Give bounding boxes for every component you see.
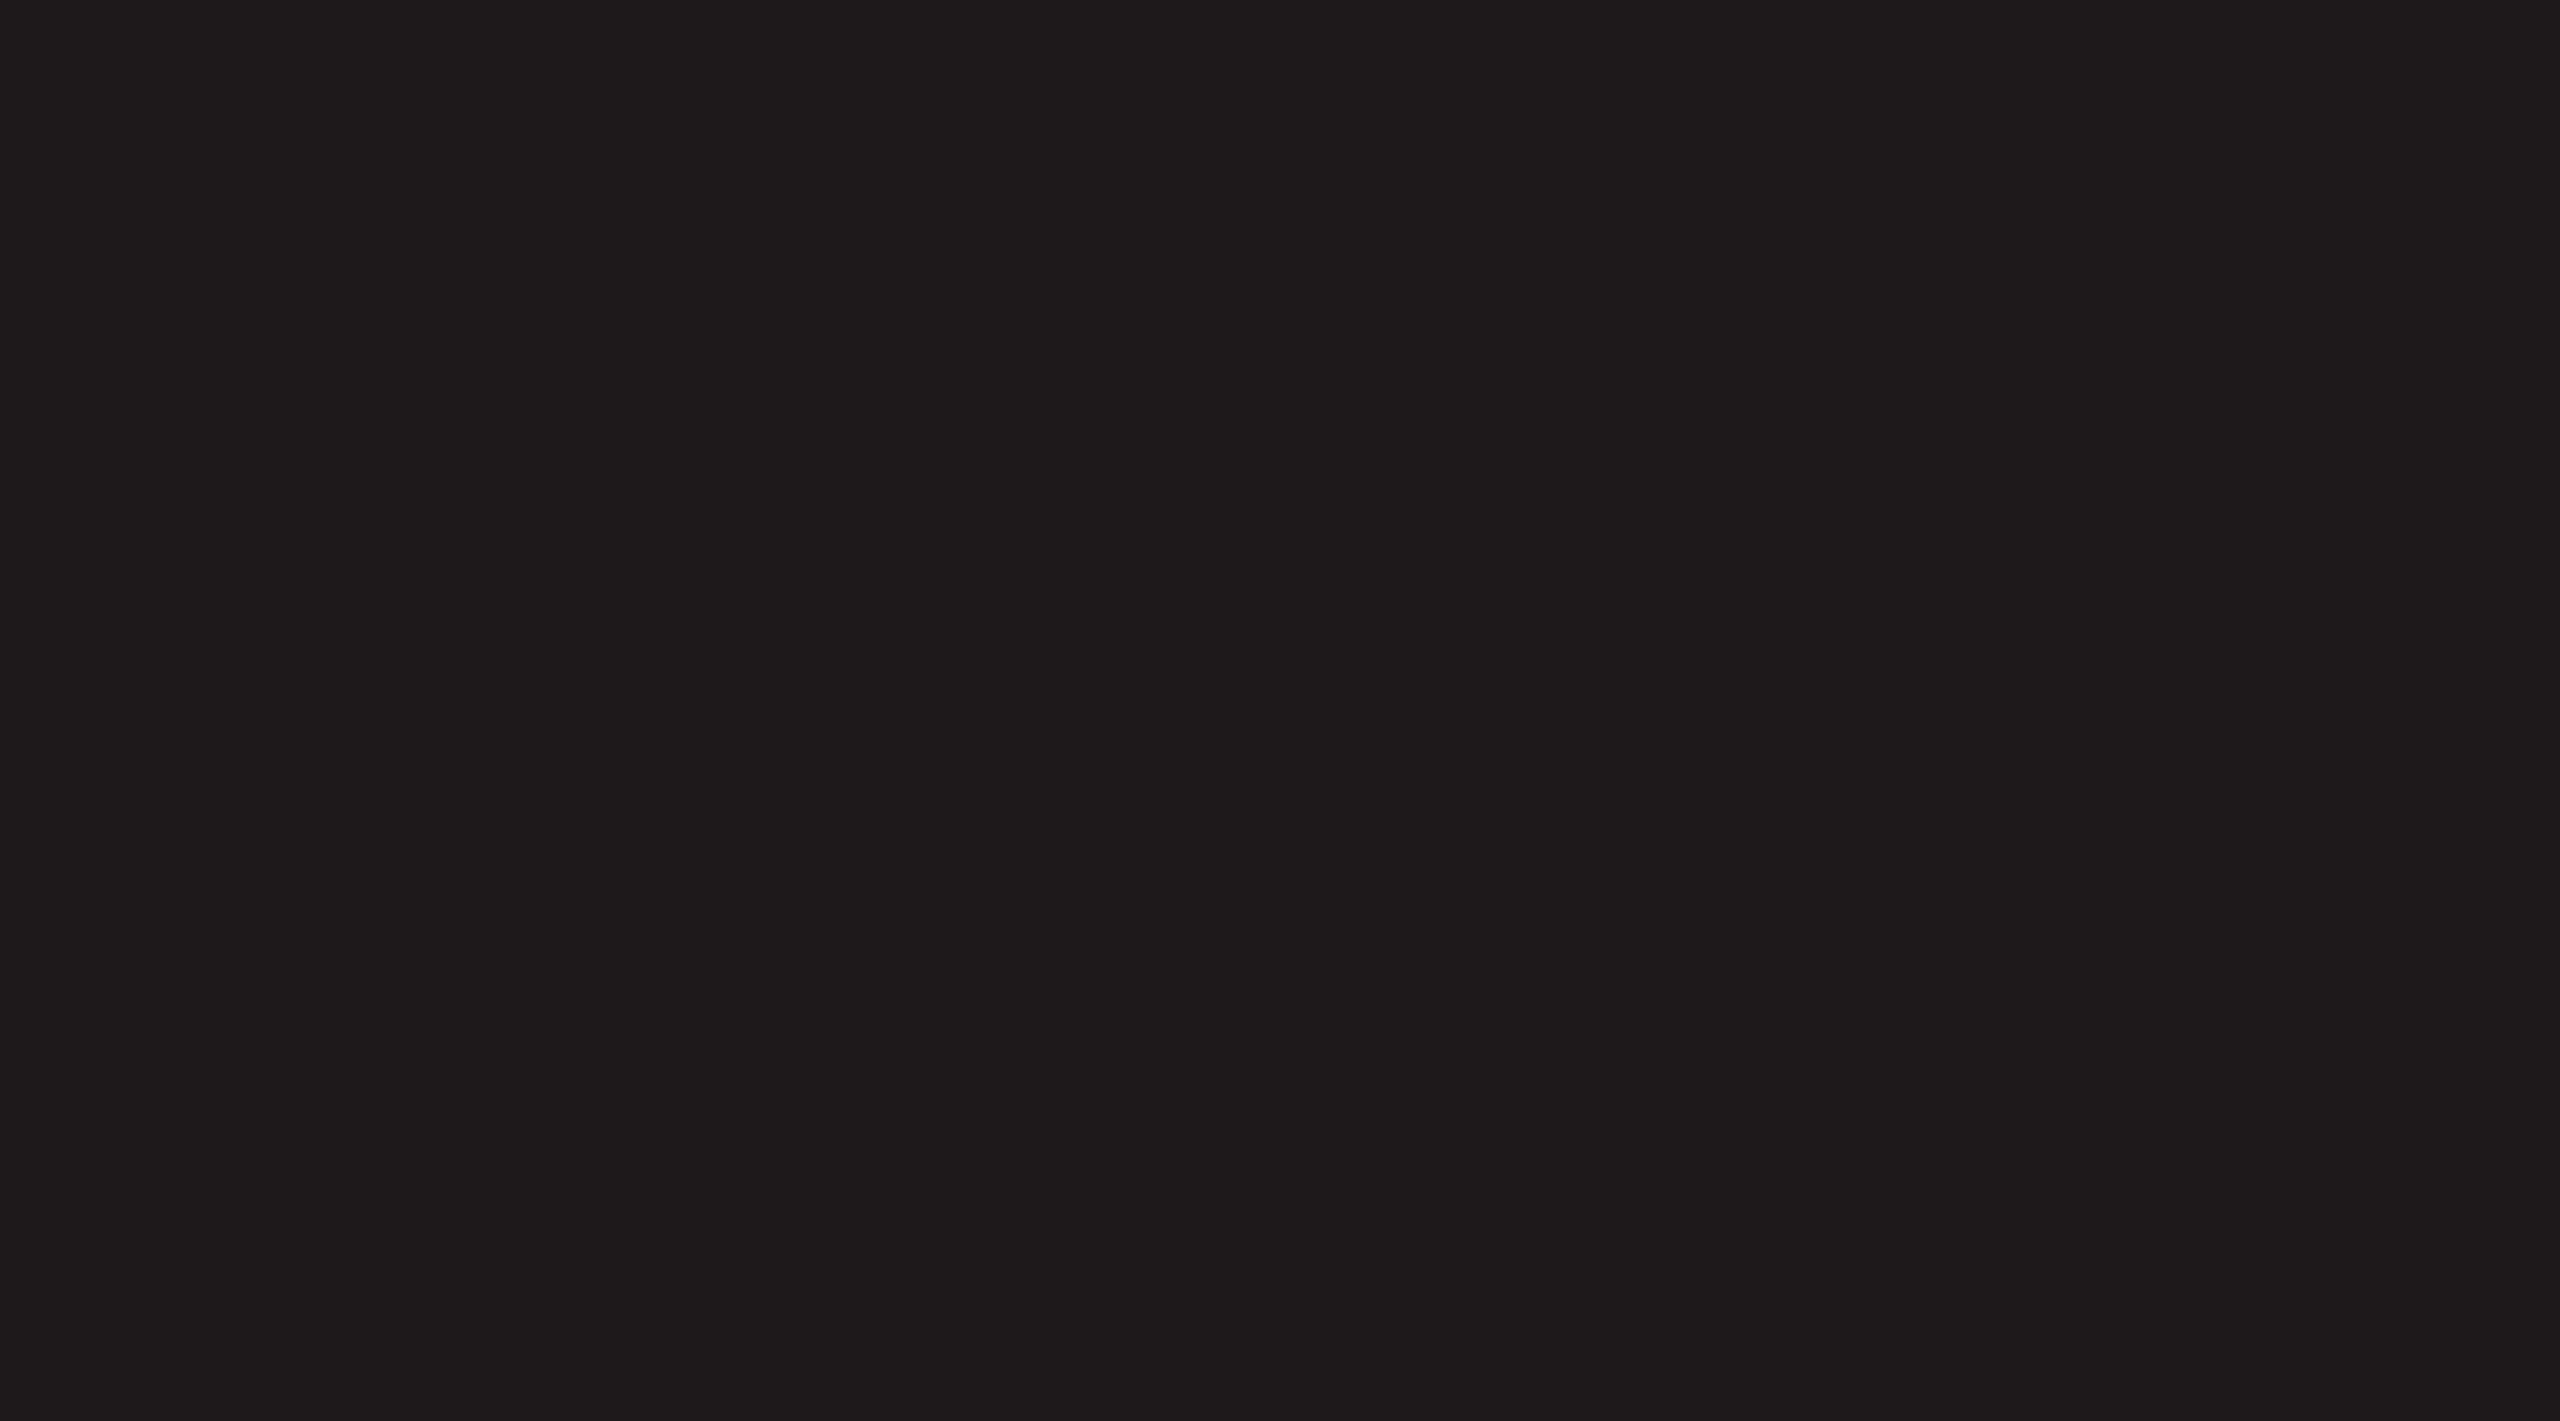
paper-crease xyxy=(30,837,320,844)
manuscript-photo xyxy=(0,0,2560,1421)
manuscript-folio xyxy=(0,0,2560,1421)
paper-texture xyxy=(0,0,2560,1421)
